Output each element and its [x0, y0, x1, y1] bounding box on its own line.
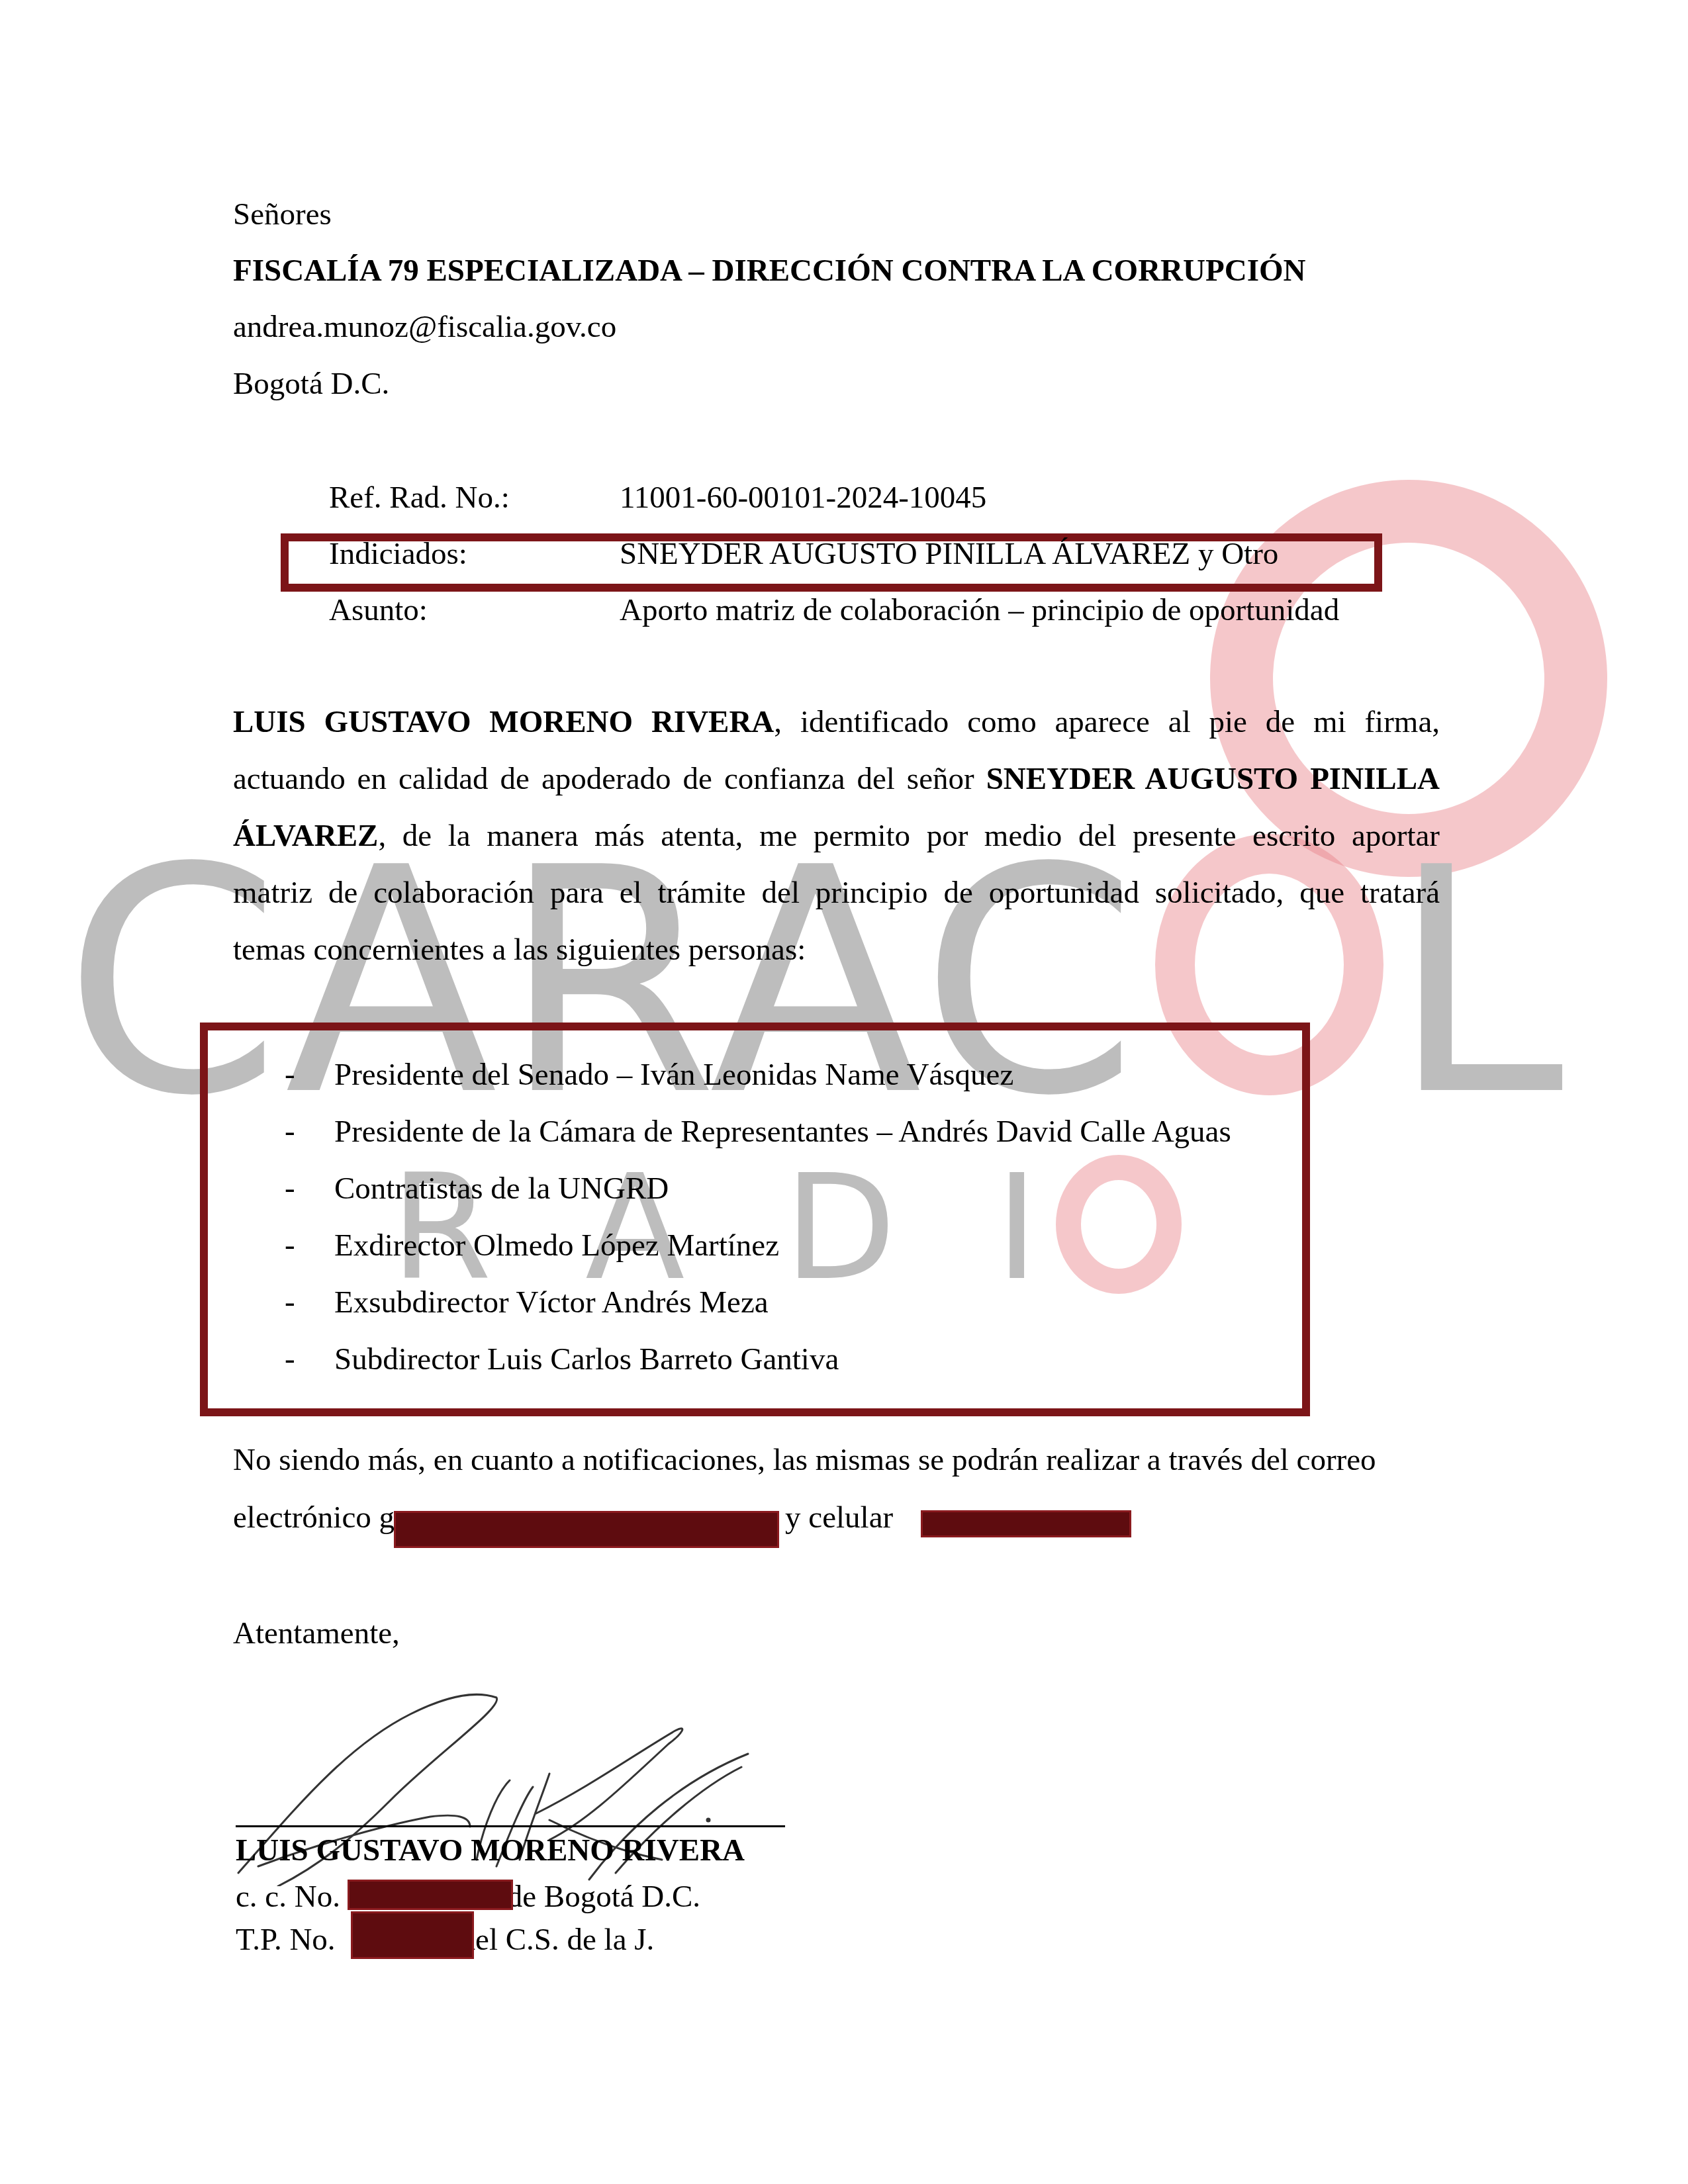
ref-label: Ref. Rad. No.:	[329, 479, 510, 516]
list-bullet: -	[285, 1341, 295, 1377]
farewell: Atentamente,	[233, 1615, 400, 1652]
list-bullet: -	[285, 1113, 295, 1149]
body-line-3: ÁLVAREZ, de la manera más atenta, me per…	[233, 817, 1440, 854]
redacted-tp-number	[351, 1911, 474, 1959]
recipient-title: FISCALÍA 79 ESPECIALIZADA – DIRECCIÓN CO…	[233, 252, 1305, 289]
indiciados-value: SNEYDER AUGUSTO PINILLA ÁLVAREZ y Otro	[620, 535, 1278, 572]
body-line-5: temas concernientes a las siguientes per…	[233, 931, 806, 968]
signature-line	[236, 1825, 785, 1827]
list-bullet: -	[285, 1056, 295, 1092]
salutation: Señores	[233, 196, 332, 233]
signer-name: LUIS GUSTAVO MORENO RIVERA	[236, 1832, 745, 1869]
document-page: CARACOL RADIO Señores FISCALÍA 79 ESPECI…	[0, 0, 1688, 2184]
body-line-4: matriz de colaboración para el trámite d…	[233, 874, 1440, 911]
asunto-value: Aporto matriz de colaboración – principi…	[620, 592, 1339, 629]
ref-value: 11001-60-00101-2024-10045	[620, 479, 986, 516]
list-item: Exdirector Olmedo López Martínez	[334, 1227, 779, 1264]
body-line-2: actuando en calidad de apoderado de conf…	[233, 760, 1440, 797]
asunto-label: Asunto:	[329, 592, 428, 629]
indiciados-label: Indiciados:	[329, 535, 467, 572]
list-bullet: -	[285, 1284, 295, 1320]
recipient-city: Bogotá D.C.	[233, 365, 389, 402]
redacted-phone	[921, 1510, 1131, 1537]
list-item: Presidente de la Cámara de Representante…	[334, 1113, 1231, 1150]
body-line-1: LUIS GUSTAVO MORENO RIVERA, identificado…	[233, 704, 1440, 741]
list-item: Presidente del Senado – Iván Leonidas Na…	[334, 1056, 1013, 1093]
list-bullet: -	[285, 1227, 295, 1263]
closing-line-1: No siendo más, en cuanto a notificacione…	[233, 1441, 1376, 1479]
list-item: Exsubdirector Víctor Andrés Meza	[334, 1284, 769, 1321]
list-item: Subdirector Luis Carlos Barreto Gantiva	[334, 1341, 839, 1378]
redacted-id-number	[348, 1880, 513, 1910]
redacted-email	[394, 1511, 779, 1548]
list-bullet: -	[285, 1170, 295, 1206]
recipient-email: andrea.munoz@fiscalia.gov.co	[233, 308, 616, 345]
list-item: Contratistas de la UNGRD	[334, 1170, 669, 1207]
